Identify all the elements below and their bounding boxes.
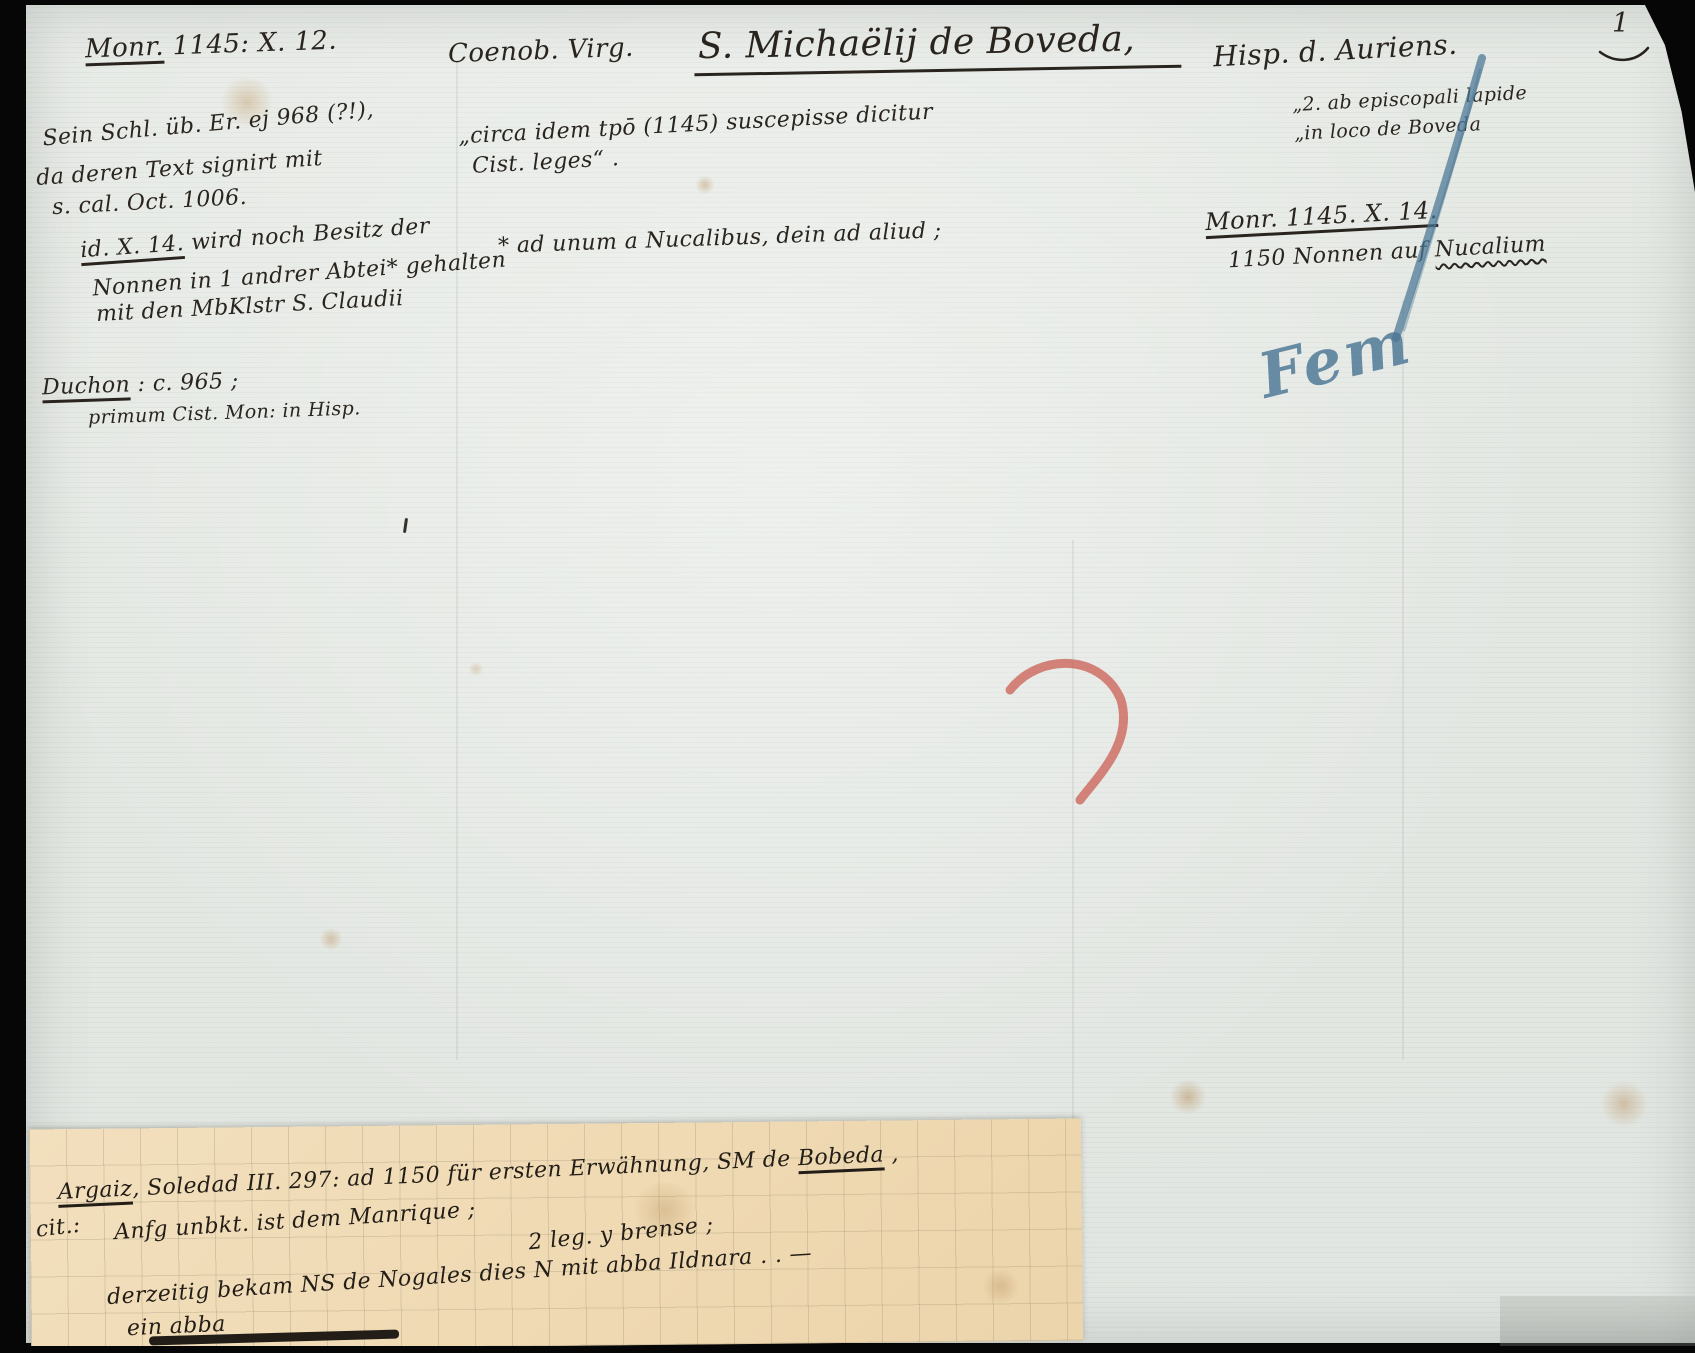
slip-source-rest: , Soledad III. 297:	[132, 1167, 341, 1201]
scanned-note-card: Monr. 1145: X. 12. Coenob. Virg. S. Mich…	[0, 0, 1695, 1353]
reference-number: 1145: X. 12.	[163, 26, 337, 62]
duchon-source: Duchon	[42, 372, 131, 400]
page-number: 1	[1612, 8, 1630, 39]
slip-line2: Anfg unbkt. ist dem Manrique ;	[113, 1197, 476, 1245]
slip-author: Argaiz	[57, 1177, 133, 1205]
scan-edge-top	[0, 0, 1695, 5]
scan-edge-bottom	[0, 1346, 1695, 1353]
duchon-rest: : c. 965 ;	[130, 369, 239, 398]
scan-edge-left	[0, 0, 26, 1353]
slip-line1-mid: ad 1150 für ersten Erwähnung, SM de	[339, 1146, 798, 1192]
slip-citation-line1: Argaiz, Soledad III. 297: ad 1150 für er…	[57, 1142, 899, 1205]
card-title-text: S. Michaëlij de Boveda,	[694, 18, 1182, 76]
reference-abbrev: Monr.	[85, 32, 165, 65]
scan-corner-shadow	[1500, 1296, 1695, 1346]
slip-line1-tail: ,	[883, 1142, 899, 1168]
slip-stain	[980, 1269, 1020, 1303]
slip-margin-note: cit.:	[35, 1213, 82, 1243]
attached-paper-slip: Argaiz, Soledad III. 297: ad 1150 für er…	[29, 1118, 1083, 1351]
card-title: S. Michaëlij de Boveda,	[694, 18, 1182, 76]
fold-line	[456, 60, 458, 1060]
fold-line	[1072, 540, 1074, 1120]
fold-line	[1402, 300, 1404, 1060]
slip-line3: derzeitig bekam NS de Nogales dies N mit…	[106, 1241, 812, 1310]
slip-place-name: Bobeda	[797, 1142, 884, 1171]
